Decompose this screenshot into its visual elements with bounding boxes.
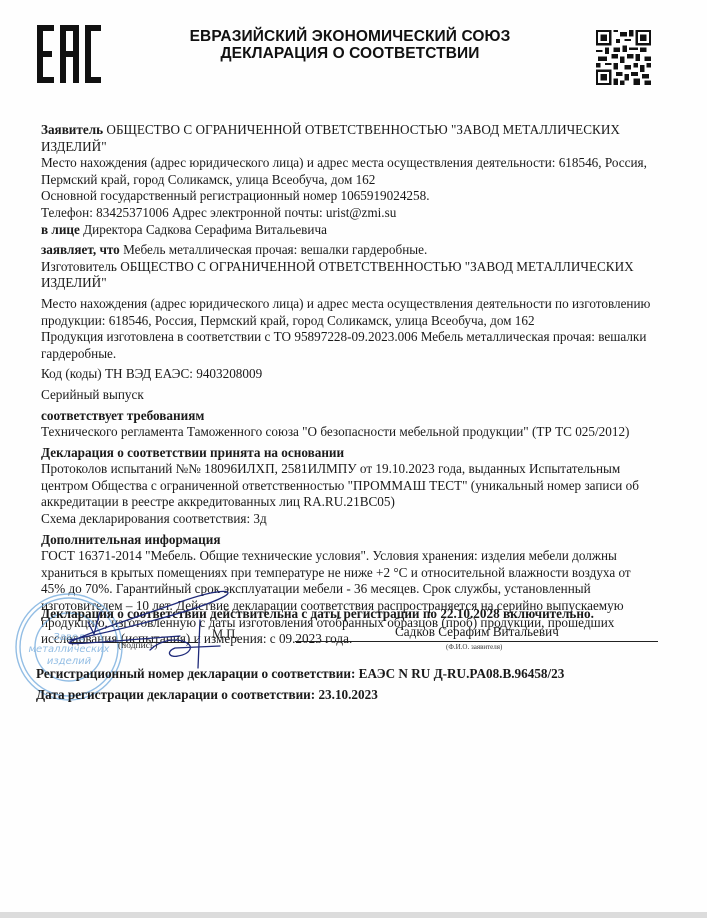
tn-ved-code: Код (коды) ТН ВЭД ЕАЭС: 9403208009 — [41, 366, 681, 383]
declares-label: заявляет, что — [41, 242, 120, 257]
product-spec: Продукция изготовлена в соответствии с Т… — [41, 329, 681, 346]
applicant-address-cont: Пермский край, город Соликамск, улица Вс… — [41, 172, 681, 189]
applicant-ogrn: Основной государственный регистрационный… — [41, 188, 681, 205]
requirements-text: Технического регламента Таможенного союз… — [41, 424, 681, 441]
declaration-scheme: Схема декларирования соответствия: 3д — [41, 511, 681, 528]
applicant-address: Место нахождения (адрес юридического лиц… — [41, 155, 681, 172]
declared-product: Мебель металлическая прочая: вешалки гар… — [120, 242, 427, 257]
basis-line: аккредитации в реестре аккредитованных л… — [41, 494, 681, 511]
additional-line: 45% до 70%. Гарантийный срок эксплуатаци… — [41, 581, 681, 598]
additional-line: храниться в крытых помещениях при темпер… — [41, 565, 681, 582]
applicant-label: Заявитель — [41, 122, 103, 137]
header-title-declaration: ДЕКЛАРАЦИЯ О СООТВЕТСТВИИ — [150, 45, 550, 62]
requirements-section: соответствует требованиям Технического р… — [41, 408, 681, 441]
requirements-heading: соответствует требованиям — [41, 408, 204, 423]
applicant-section: Заявитель ОБЩЕСТВО С ОГРАНИЧЕННОЙ ОТВЕТС… — [41, 122, 681, 238]
viewer-bottom-edge — [0, 912, 707, 918]
product-info-section: Код (коды) ТН ВЭД ЕАЭС: 9403208009 Серий… — [41, 366, 681, 403]
additional-line: продукцию, изготовленную с даты изготовл… — [41, 615, 681, 632]
eac-logo-icon — [37, 25, 101, 83]
applicant-name-cont: ИЗДЕЛИЙ" — [41, 139, 681, 156]
basis-line: центром Общества с ограниченной ответств… — [41, 478, 681, 495]
additional-line: исследования (испытания) и измерения: с … — [41, 631, 681, 648]
header-title-union: ЕВРАЗИЙСКИЙ ЭКОНОМИЧЕСКИЙ СОЮЗ — [150, 28, 550, 45]
manufacturer-address: Место нахождения (адрес юридического лиц… — [41, 296, 681, 313]
represented-label: в лице — [41, 222, 80, 237]
manufacturer-name: Изготовитель ОБЩЕСТВО С ОГРАНИЧЕННОЙ ОТВ… — [41, 259, 681, 276]
registration-date: Дата регистрации декларации о соответств… — [36, 687, 378, 703]
basis-line: Протоколов испытаний №№ 18096ИЛХП, 2581И… — [41, 461, 681, 478]
product-spec-cont: гардеробные. — [41, 346, 681, 363]
svg-text:изделий: изделий — [47, 656, 92, 667]
additional-info-section: Дополнительная информация ГОСТ 16371-201… — [41, 532, 681, 648]
manufacturer-name-cont: ИЗДЕЛИЙ" — [41, 275, 681, 292]
applicant-name: ОБЩЕСТВО С ОГРАНИЧЕННОЙ ОТВЕТСТВЕННОСТЬЮ… — [103, 122, 620, 137]
represented-by: Директора Садкова Серафима Витальевича — [80, 222, 327, 237]
document-header: ЕВРАЗИЙСКИЙ ЭКОНОМИЧЕСКИЙ СОЮЗ ДЕКЛАРАЦИ… — [150, 28, 550, 62]
document-page: ЕВРАЗИЙСКИЙ ЭКОНОМИЧЕСКИЙ СОЮЗ ДЕКЛАРАЦИ… — [0, 0, 707, 912]
manufacturer-address-cont: продукции: 618546, Россия, Пермский край… — [41, 313, 681, 330]
additional-line: ГОСТ 16371-2014 "Мебель. Общие техническ… — [41, 548, 681, 565]
basis-section: Декларация о соответствии принята на осн… — [41, 445, 681, 528]
registration-number: Регистрационный номер декларации о соотв… — [36, 666, 564, 682]
additional-heading: Дополнительная информация — [41, 532, 220, 547]
declaration-body: Заявитель ОБЩЕСТВО С ОГРАНИЧЕННОЙ ОТВЕТС… — [41, 122, 681, 648]
release-type: Серийный выпуск — [41, 387, 681, 404]
qr-code-icon — [596, 30, 651, 85]
basis-heading: Декларация о соответствии принята на осн… — [41, 445, 344, 460]
applicant-contacts: Телефон: 83425371006 Адрес электронной п… — [41, 205, 681, 222]
declares-section: заявляет, что Мебель металлическая проча… — [41, 242, 681, 259]
additional-line: изготовителем – 10 лет. Действие деклара… — [41, 598, 681, 615]
manufacturer-section: Изготовитель ОБЩЕСТВО С ОГРАНИЧЕННОЙ ОТВ… — [41, 259, 681, 363]
